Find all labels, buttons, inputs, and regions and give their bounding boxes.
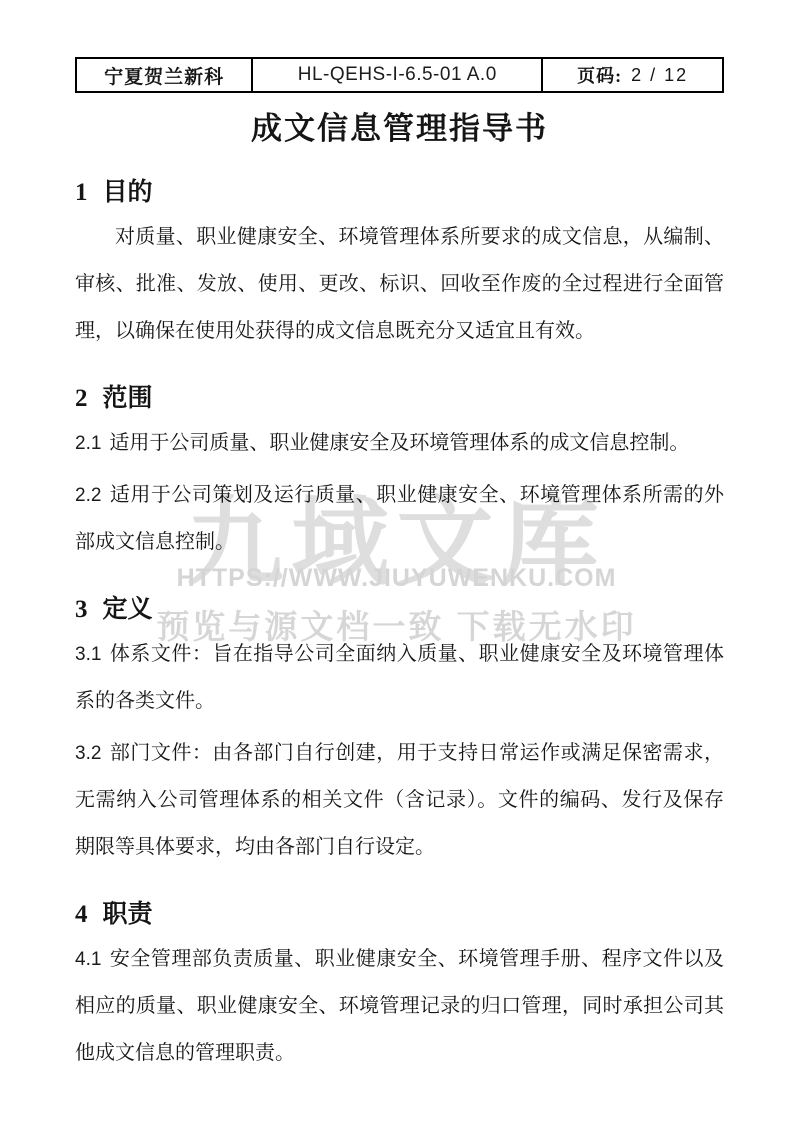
section-heading-scope: 2范围 <box>75 382 724 415</box>
paragraph-definition-3-1: 3.1体系文件：旨在指导公司全面纳入质量、职业健康安全及环境管理体系的各类文件。 <box>75 631 724 725</box>
section-label: 定义 <box>103 596 153 623</box>
section-number: 4 <box>75 901 88 928</box>
clause-number: 2.2 <box>75 485 101 506</box>
clause-text: 体系文件：旨在指导公司全面纳入质量、职业健康安全及环境管理体系的各类文件。 <box>75 643 724 712</box>
clause-number: 3.1 <box>75 644 101 665</box>
header-document-code: HL-QEHS-I-6.5-01 A.0 <box>251 59 541 91</box>
document-title: 成文信息管理指导书 <box>75 109 724 149</box>
section-heading-definitions: 3定义 <box>75 593 724 626</box>
section-number: 3 <box>75 596 88 623</box>
clause-number: 4.1 <box>75 949 101 970</box>
section-number: 1 <box>75 179 88 206</box>
document-header-table: 宁夏贺兰新科 HL-QEHS-I-6.5-01 A.0 页码: 2 / 12 <box>75 57 724 93</box>
paragraph-scope-2-1: 2.1适用于公司质量、职业健康安全及环境管理体系的成文信息控制。 <box>75 420 724 467</box>
clause-number: 2.1 <box>75 433 101 454</box>
section-label: 目的 <box>103 179 153 206</box>
clause-text: 部门文件：由各部门自行创建，用于支持日常运作或满足保密需求，无需纳入公司管理体系… <box>75 742 724 858</box>
page-number-value: 2 / 12 <box>631 65 688 86</box>
page-number-label: 页码: <box>577 62 622 88</box>
clause-text: 适用于公司策划及运行质量、职业健康安全、环境管理体系所需的外部成文信息控制。 <box>75 484 724 553</box>
paragraph-scope-2-2: 2.2适用于公司策划及运行质量、职业健康安全、环境管理体系所需的外部成文信息控制… <box>75 472 724 566</box>
paragraph-purpose: 对质量、职业健康安全、环境管理体系所要求的成文信息，从编制、审核、批准、发放、使… <box>75 214 724 355</box>
page-content: 宁夏贺兰新科 HL-QEHS-I-6.5-01 A.0 页码: 2 / 12 成… <box>0 57 793 1077</box>
paragraph-definition-3-2: 3.2部门文件：由各部门自行创建，用于支持日常运作或满足保密需求，无需纳入公司管… <box>75 730 724 871</box>
section-number: 2 <box>75 385 88 412</box>
paragraph-responsibility-4-1: 4.1安全管理部负责质量、职业健康安全、环境管理手册、程序文件以及相应的质量、职… <box>75 936 724 1077</box>
section-label: 范围 <box>103 385 153 412</box>
clause-text: 安全管理部负责质量、职业健康安全、环境管理手册、程序文件以及相应的质量、职业健康… <box>75 948 724 1064</box>
header-page-number: 页码: 2 / 12 <box>541 59 722 91</box>
document-page: 九域文库 HTTPS://WWW.JIUYUWENKU.COM 预览与源文档一致… <box>0 0 793 1122</box>
section-heading-responsibilities: 4职责 <box>75 898 724 931</box>
header-company-name: 宁夏贺兰新科 <box>77 59 251 91</box>
clause-text: 适用于公司质量、职业健康安全及环境管理体系的成文信息控制。 <box>109 432 689 454</box>
section-label: 职责 <box>103 901 153 928</box>
clause-number: 3.2 <box>75 743 101 764</box>
section-heading-purpose: 1目的 <box>75 176 724 209</box>
